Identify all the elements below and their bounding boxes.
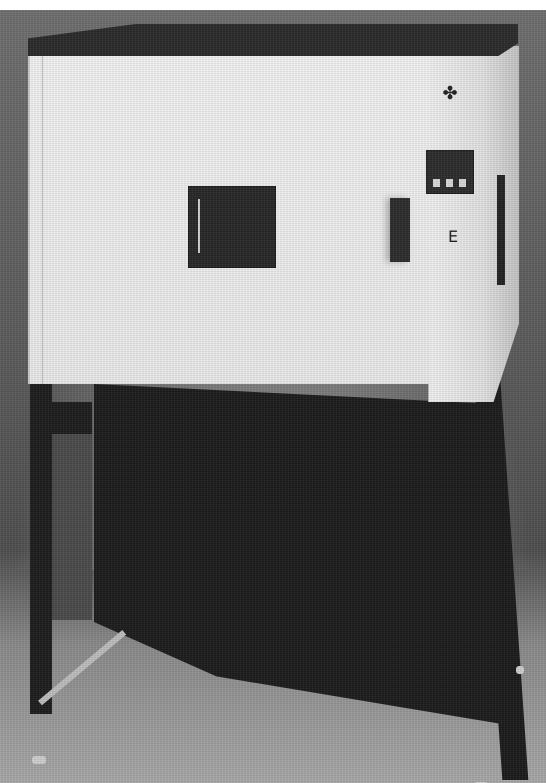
- foot-left: [32, 756, 46, 764]
- viewing-window: [188, 186, 276, 268]
- window-reflection: [198, 199, 200, 253]
- door-handle: [390, 198, 410, 262]
- display-button: [433, 179, 440, 187]
- stand-leg-left: [30, 384, 52, 714]
- display-buttons: [433, 179, 466, 187]
- foot-back: [516, 666, 524, 674]
- display-button: [446, 179, 453, 187]
- power-switch-icon: Ε: [446, 228, 460, 246]
- panel-seam: [42, 52, 43, 384]
- photo: ✤ Ε Photograph of a white cabinet with a…: [0, 10, 546, 783]
- display-button: [459, 179, 466, 187]
- stand-rail: [52, 402, 92, 434]
- cabinet-top: [28, 24, 518, 56]
- display-panel: [426, 150, 474, 194]
- side-vent: [497, 175, 505, 285]
- fan-icon: ✤: [437, 80, 463, 106]
- stand-side-opening: [52, 430, 92, 620]
